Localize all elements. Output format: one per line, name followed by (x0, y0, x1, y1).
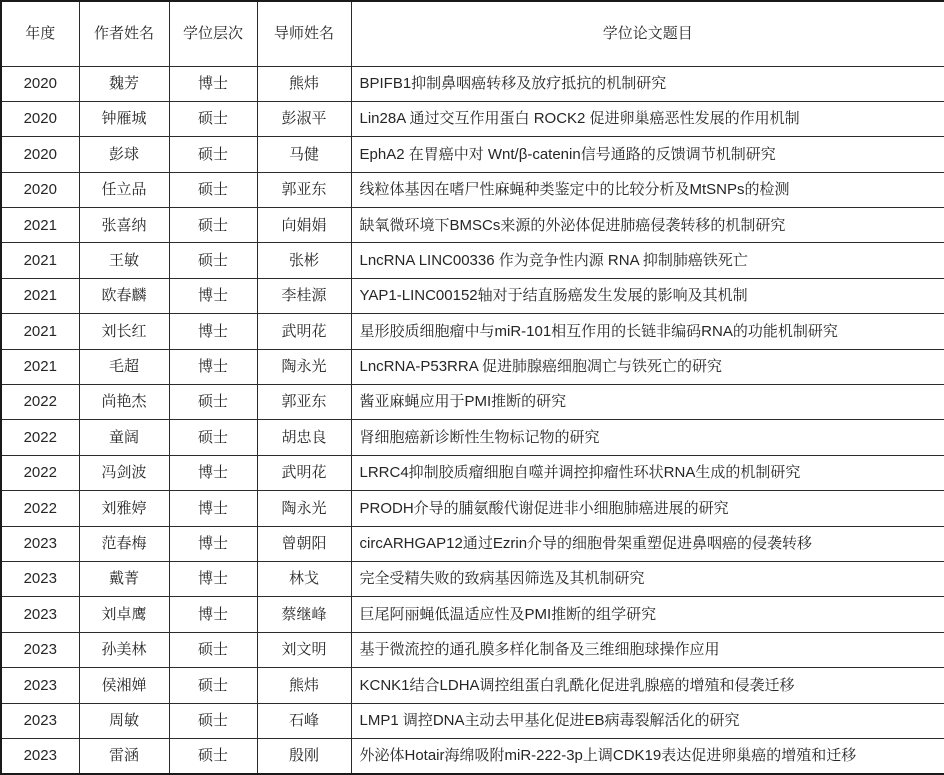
cell-year: 2020 (1, 101, 79, 136)
cell-author: 王敏 (79, 243, 169, 278)
cell-advisor: 马健 (257, 137, 351, 172)
cell-degree: 硕士 (169, 668, 257, 703)
cell-advisor: 刘文明 (257, 632, 351, 667)
cell-author: 戴菁 (79, 561, 169, 596)
table-row: 2023戴菁博士林戈完全受精失败的致病基因筛选及其机制研究 (1, 561, 944, 596)
cell-degree: 硕士 (169, 420, 257, 455)
cell-title: circARHGAP12通过Ezrin介导的细胞骨架重塑促进鼻咽癌的侵袭转移 (351, 526, 944, 561)
cell-year: 2023 (1, 526, 79, 561)
cell-author: 孙美林 (79, 632, 169, 667)
cell-title: 线粒体基因在嗜尸性麻蝇种类鉴定中的比较分析及MtSNPs的检测 (351, 172, 944, 207)
col-header-degree: 学位层次 (169, 1, 257, 66)
table-row: 2022冯剑波博士武明花LRRC4抑制胶质瘤细胞自噬并调控抑瘤性环状RNA生成的… (1, 455, 944, 490)
cell-title: PRODH介导的脯氨酸代谢促进非小细胞肺癌进展的研究 (351, 491, 944, 526)
cell-degree: 博士 (169, 491, 257, 526)
cell-author: 任立品 (79, 172, 169, 207)
table-row: 2020彭球硕士马健EphA2 在胃癌中对 Wnt/β-catenin信号通路的… (1, 137, 944, 172)
cell-degree: 博士 (169, 314, 257, 349)
cell-degree: 博士 (169, 278, 257, 313)
col-header-year: 年度 (1, 1, 79, 66)
cell-degree: 硕士 (169, 243, 257, 278)
table-row: 2021张喜纳硕士向娟娟缺氧微环境下BMSCs来源的外泌体促进肺癌侵袭转移的机制… (1, 208, 944, 243)
cell-title: 外泌体Hotair海绵吸附miR-222-3p上调CDK19表达促进卵巢癌的增殖… (351, 738, 944, 774)
cell-advisor: 蔡继峰 (257, 597, 351, 632)
col-header-title: 学位论文题目 (351, 1, 944, 66)
cell-degree: 博士 (169, 349, 257, 384)
cell-year: 2021 (1, 349, 79, 384)
cell-author: 钟雁城 (79, 101, 169, 136)
cell-title: 星形胶质细胞瘤中与miR-101相互作用的长链非编码RNA的功能机制研究 (351, 314, 944, 349)
cell-degree: 硕士 (169, 738, 257, 774)
table-row: 2021欧春麟博士李桂源YAP1-LINC00152轴对于结直肠癌发生发展的影响… (1, 278, 944, 313)
table-row: 2023孙美林硕士刘文明基于微流控的通孔膜多样化制备及三维细胞球操作应用 (1, 632, 944, 667)
cell-author: 刘长红 (79, 314, 169, 349)
cell-degree: 硕士 (169, 703, 257, 738)
cell-title: LncRNA LINC00336 作为竞争性内源 RNA 抑制肺癌铁死亡 (351, 243, 944, 278)
table-row: 2020任立品硕士郭亚东线粒体基因在嗜尸性麻蝇种类鉴定中的比较分析及MtSNPs… (1, 172, 944, 207)
cell-year: 2021 (1, 208, 79, 243)
cell-degree: 硕士 (169, 137, 257, 172)
cell-year: 2022 (1, 455, 79, 490)
cell-degree: 博士 (169, 561, 257, 596)
table-row: 2021王敏硕士张彬LncRNA LINC00336 作为竞争性内源 RNA 抑… (1, 243, 944, 278)
cell-degree: 博士 (169, 66, 257, 101)
table-row: 2023刘卓鹰博士蔡继峰巨尾阿丽蝇低温适应性及PMI推断的组学研究 (1, 597, 944, 632)
cell-author: 刘卓鹰 (79, 597, 169, 632)
cell-year: 2021 (1, 243, 79, 278)
col-header-author: 作者姓名 (79, 1, 169, 66)
cell-advisor: 张彬 (257, 243, 351, 278)
cell-advisor: 陶永光 (257, 491, 351, 526)
cell-advisor: 郭亚东 (257, 172, 351, 207)
cell-degree: 硕士 (169, 385, 257, 420)
table-row: 2023侯湘婵硕士熊炜KCNK1结合LDHA调控组蛋白乳酰化促进乳腺癌的增殖和侵… (1, 668, 944, 703)
cell-year: 2020 (1, 66, 79, 101)
cell-author: 彭球 (79, 137, 169, 172)
cell-degree: 博士 (169, 455, 257, 490)
cell-title: 基于微流控的通孔膜多样化制备及三维细胞球操作应用 (351, 632, 944, 667)
cell-advisor: 熊炜 (257, 66, 351, 101)
cell-advisor: 熊炜 (257, 668, 351, 703)
table-row: 2021刘长红博士武明花星形胶质细胞瘤中与miR-101相互作用的长链非编码RN… (1, 314, 944, 349)
cell-year: 2023 (1, 561, 79, 596)
cell-title: 肾细胞癌新诊断性生物标记物的研究 (351, 420, 944, 455)
cell-author: 欧春麟 (79, 278, 169, 313)
table-row: 2022尚艳杰硕士郭亚东酱亚麻蝇应用于PMI推断的研究 (1, 385, 944, 420)
cell-title: LRRC4抑制胶质瘤细胞自噬并调控抑瘤性环状RNA生成的机制研究 (351, 455, 944, 490)
cell-author: 童阔 (79, 420, 169, 455)
cell-year: 2022 (1, 491, 79, 526)
cell-author: 张喜纳 (79, 208, 169, 243)
cell-author: 尚艳杰 (79, 385, 169, 420)
header-row: 年度 作者姓名 学位层次 导师姓名 学位论文题目 (1, 1, 944, 66)
cell-advisor: 胡忠良 (257, 420, 351, 455)
cell-advisor: 彭淑平 (257, 101, 351, 136)
cell-degree: 硕士 (169, 208, 257, 243)
table-row: 2023范春梅博士曾朝阳circARHGAP12通过Ezrin介导的细胞骨架重塑… (1, 526, 944, 561)
table-row: 2020魏芳博士熊炜BPIFB1抑制鼻咽癌转移及放疗抵抗的机制研究 (1, 66, 944, 101)
cell-title: 缺氧微环境下BMSCs来源的外泌体促进肺癌侵袭转移的机制研究 (351, 208, 944, 243)
cell-degree: 硕士 (169, 172, 257, 207)
cell-title: 巨尾阿丽蝇低温适应性及PMI推断的组学研究 (351, 597, 944, 632)
cell-advisor: 曾朝阳 (257, 526, 351, 561)
cell-degree: 博士 (169, 526, 257, 561)
cell-title: 酱亚麻蝇应用于PMI推断的研究 (351, 385, 944, 420)
table-body: 2020魏芳博士熊炜BPIFB1抑制鼻咽癌转移及放疗抵抗的机制研究2020钟雁城… (1, 66, 944, 774)
table-row: 2021毛超博士陶永光LncRNA-P53RRA 促进肺腺癌细胞凋亡与铁死亡的研… (1, 349, 944, 384)
cell-advisor: 武明花 (257, 314, 351, 349)
cell-degree: 博士 (169, 597, 257, 632)
cell-year: 2023 (1, 738, 79, 774)
cell-title: LncRNA-P53RRA 促进肺腺癌细胞凋亡与铁死亡的研究 (351, 349, 944, 384)
cell-author: 魏芳 (79, 66, 169, 101)
cell-author: 雷涵 (79, 738, 169, 774)
cell-title: KCNK1结合LDHA调控组蛋白乳酰化促进乳腺癌的增殖和侵袭迁移 (351, 668, 944, 703)
cell-title: EphA2 在胃癌中对 Wnt/β-catenin信号通路的反馈调节机制研究 (351, 137, 944, 172)
cell-year: 2023 (1, 597, 79, 632)
cell-advisor: 郭亚东 (257, 385, 351, 420)
cell-degree: 硕士 (169, 101, 257, 136)
cell-author: 刘雅婷 (79, 491, 169, 526)
cell-title: YAP1-LINC00152轴对于结直肠癌发生发展的影响及其机制 (351, 278, 944, 313)
thesis-table: 年度 作者姓名 学位层次 导师姓名 学位论文题目 2020魏芳博士熊炜BPIFB… (0, 0, 944, 775)
cell-title: LMP1 调控DNA主动去甲基化促进EB病毒裂解活化的研究 (351, 703, 944, 738)
cell-title: 完全受精失败的致病基因筛选及其机制研究 (351, 561, 944, 596)
table-row: 2022童阔硕士胡忠良肾细胞癌新诊断性生物标记物的研究 (1, 420, 944, 455)
table-row: 2023周敏硕士石峰LMP1 调控DNA主动去甲基化促进EB病毒裂解活化的研究 (1, 703, 944, 738)
cell-title: BPIFB1抑制鼻咽癌转移及放疗抵抗的机制研究 (351, 66, 944, 101)
cell-year: 2023 (1, 703, 79, 738)
cell-author: 毛超 (79, 349, 169, 384)
cell-advisor: 林戈 (257, 561, 351, 596)
cell-advisor: 陶永光 (257, 349, 351, 384)
table-row: 2022刘雅婷博士陶永光PRODH介导的脯氨酸代谢促进非小细胞肺癌进展的研究 (1, 491, 944, 526)
cell-year: 2022 (1, 385, 79, 420)
cell-year: 2022 (1, 420, 79, 455)
cell-advisor: 殷刚 (257, 738, 351, 774)
cell-advisor: 李桂源 (257, 278, 351, 313)
table-row: 2020钟雁城硕士彭淑平Lin28A 通过交互作用蛋白 ROCK2 促进卵巢癌恶… (1, 101, 944, 136)
cell-year: 2021 (1, 314, 79, 349)
cell-author: 冯剑波 (79, 455, 169, 490)
cell-year: 2020 (1, 137, 79, 172)
page: 年度 作者姓名 学位层次 导师姓名 学位论文题目 2020魏芳博士熊炜BPIFB… (0, 0, 944, 775)
cell-author: 范春梅 (79, 526, 169, 561)
cell-author: 周敏 (79, 703, 169, 738)
col-header-advisor: 导师姓名 (257, 1, 351, 66)
cell-degree: 硕士 (169, 632, 257, 667)
cell-advisor: 武明花 (257, 455, 351, 490)
cell-year: 2021 (1, 278, 79, 313)
cell-advisor: 石峰 (257, 703, 351, 738)
table-row: 2023雷涵硕士殷刚外泌体Hotair海绵吸附miR-222-3p上调CDK19… (1, 738, 944, 774)
cell-title: Lin28A 通过交互作用蛋白 ROCK2 促进卵巢癌恶性发展的作用机制 (351, 101, 944, 136)
cell-advisor: 向娟娟 (257, 208, 351, 243)
cell-year: 2020 (1, 172, 79, 207)
cell-author: 侯湘婵 (79, 668, 169, 703)
cell-year: 2023 (1, 668, 79, 703)
cell-year: 2023 (1, 632, 79, 667)
